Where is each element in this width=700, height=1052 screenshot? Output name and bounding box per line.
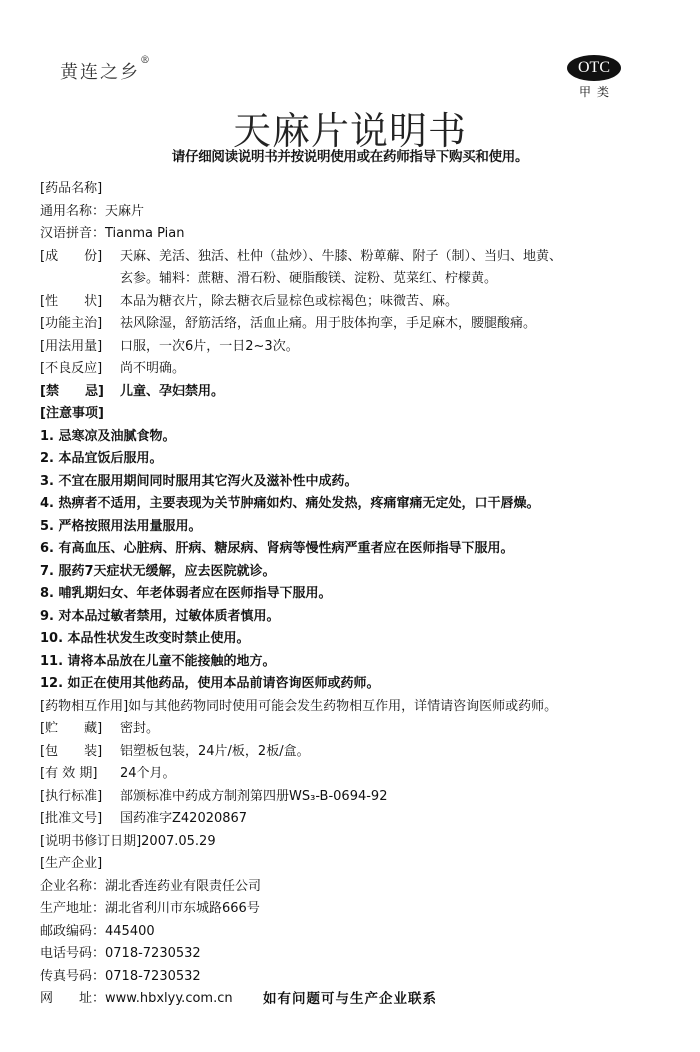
precautions-heading: [注意事项] — [40, 403, 680, 426]
fax: 传真号码：0718-7230532 — [40, 966, 680, 989]
page-subtitle: 请仔细阅读说明书并按说明使用或在药师指导下购买和使用。 — [0, 145, 700, 165]
ingredients-cont: 玄参。辅料：蔗糖、滑石粉、硬脂酸镁、淀粉、苋菜红、柠檬黄。 — [40, 268, 680, 291]
otc-class: 甲类 — [567, 83, 621, 100]
precaution-item: 2. 本品宜饭后服用。 — [40, 448, 680, 471]
drug-interaction: [药物相互作用]如与其他药物同时使用可能会发生药物相互作用，详情请咨询医师或药师… — [40, 696, 680, 719]
dosage: [用法用量]口服，一次6片，一日2~3次。 — [40, 336, 680, 359]
manufacturer-heading: [生产企业] — [40, 853, 680, 876]
expiry: [有 效 期]24个月。 — [40, 763, 680, 786]
package-label: [包 装] — [40, 741, 120, 764]
brand-logo: 黄连之乡® — [60, 58, 150, 84]
package: [包 装]铝塑板包装，24片/板，2板/盒。 — [40, 741, 680, 764]
approval-text: 国药准字Z42020867 — [120, 811, 247, 826]
standard-text: 部颁标准中药成方制剂第四册WS₃-B-0694-92 — [120, 789, 387, 804]
drug-name-heading: [药品名称] — [40, 178, 680, 201]
footer-note: 如有问题可与生产企业联系 — [0, 987, 700, 1007]
revision-label: [说明书修订日期] — [40, 834, 141, 849]
standard-label: [执行标准] — [40, 786, 120, 809]
contraindications: [禁 忌]儿童、孕妇禁用。 — [40, 381, 680, 404]
precaution-item: 3. 不宜在服用期间同时服用其它泻火及滋补性中成药。 — [40, 471, 680, 494]
precaution-item: 12. 如正在使用其他药品，使用本品前请咨询医师或药师。 — [40, 673, 680, 696]
brand-name: 黄连之乡 — [60, 62, 140, 83]
dosage-label: [用法用量] — [40, 336, 120, 359]
company-name: 企业名称：湖北香连药业有限责任公司 — [40, 876, 680, 899]
pinyin-name: 汉语拼音：Tianma Pian — [40, 223, 680, 246]
adverse-reactions: [不良反应]尚不明确。 — [40, 358, 680, 381]
adverse-text: 尚不明确。 — [120, 361, 185, 376]
otc-mark: OTC 甲类 — [567, 55, 621, 100]
standard: [执行标准]部颁标准中药成方制剂第四册WS₃-B-0694-92 — [40, 786, 680, 809]
company-address: 生产地址：湖北省利川市东城路666号 — [40, 898, 680, 921]
interaction-text: 如与其他药物同时使用可能会发生药物相互作用，详情请咨询医师或药师。 — [128, 699, 557, 714]
indications-label: [功能主治] — [40, 313, 120, 336]
revision-text: 2007.05.29 — [141, 834, 215, 849]
precaution-item: 8. 哺乳期妇女、年老体弱者应在医师指导下服用。 — [40, 583, 680, 606]
storage-label: [贮 藏] — [40, 718, 120, 741]
storage-text: 密封。 — [120, 721, 159, 736]
ingredients: [成 份]天麻、羌活、独活、杜仲（盐炒）、牛膝、粉萆薢、附子（制）、当归、地黄、 — [40, 246, 680, 269]
approval-label: [批准文号] — [40, 808, 120, 831]
contra-label: [禁 忌] — [40, 381, 120, 404]
revision-date: [说明书修订日期]2007.05.29 — [40, 831, 680, 854]
precaution-item: 5. 严格按照用法用量服用。 — [40, 516, 680, 539]
storage: [贮 藏]密封。 — [40, 718, 680, 741]
precaution-item: 1. 忌寒凉及油腻食物。 — [40, 426, 680, 449]
generic-name: 通用名称：天麻片 — [40, 201, 680, 224]
package-text: 铝塑板包装，24片/板，2板/盒。 — [120, 744, 310, 759]
precaution-item: 6. 有高血压、心脏病、肝病、糖尿病、肾病等慢性病严重者应在医师指导下服用。 — [40, 538, 680, 561]
precaution-item: 7. 服药7天症状无缓解，应去医院就诊。 — [40, 561, 680, 584]
expiry-text: 24个月。 — [120, 766, 176, 781]
leaflet-body: [药品名称] 通用名称：天麻片 汉语拼音：Tianma Pian [成 份]天麻… — [40, 178, 680, 1011]
contra-text: 儿童、孕妇禁用。 — [120, 384, 224, 399]
dosage-text: 口服，一次6片，一日2~3次。 — [120, 339, 299, 354]
precaution-item: 11. 请将本品放在儿童不能接触的地方。 — [40, 651, 680, 674]
interaction-label: [药物相互作用] — [40, 699, 128, 714]
properties-text: 本品为糖衣片，除去糖衣后显棕色或棕褐色；味微苦、麻。 — [120, 294, 458, 309]
precaution-item: 9. 对本品过敏者禁用，过敏体质者慎用。 — [40, 606, 680, 629]
postcode: 邮政编码：445400 — [40, 921, 680, 944]
indications-text: 祛风除湿，舒筋活络，活血止痛。用于肢体拘挛，手足麻木，腰腿酸痛。 — [120, 316, 536, 331]
ingredients-text: 天麻、羌活、独活、杜仲（盐炒）、牛膝、粉萆薢、附子（制）、当归、地黄、 — [120, 249, 562, 264]
precaution-item: 4. 热痹者不适用，主要表现为关节肿痛如灼、痛处发热，疼痛窜痛无定处，口干唇燥。 — [40, 493, 680, 516]
indications: [功能主治]祛风除湿，舒筋活络，活血止痛。用于肢体拘挛，手足麻木，腰腿酸痛。 — [40, 313, 680, 336]
adverse-label: [不良反应] — [40, 358, 120, 381]
properties-label: [性 状] — [40, 291, 120, 314]
otc-badge: OTC — [567, 55, 621, 81]
approval: [批准文号]国药准字Z42020867 — [40, 808, 680, 831]
phone: 电话号码：0718-7230532 — [40, 943, 680, 966]
properties: [性 状]本品为糖衣片，除去糖衣后显棕色或棕褐色；味微苦、麻。 — [40, 291, 680, 314]
ingredients-label: [成 份] — [40, 246, 120, 269]
registered-mark: ® — [140, 55, 150, 66]
precaution-item: 10. 本品性状发生改变时禁止使用。 — [40, 628, 680, 651]
expiry-label: [有 效 期] — [40, 763, 120, 786]
